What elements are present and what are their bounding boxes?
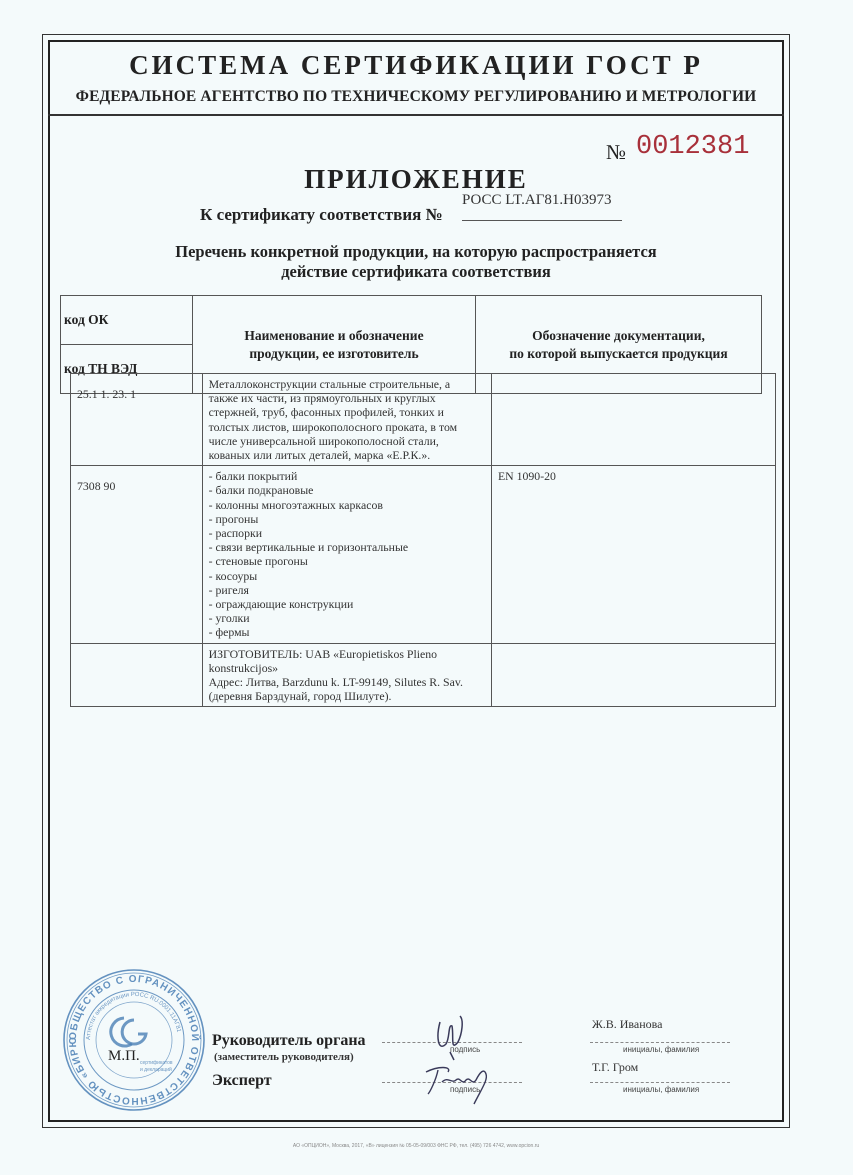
product-line: стержней, труб, фасонных профилей, тонки… bbox=[209, 405, 485, 419]
product-line: - уголки bbox=[209, 611, 485, 625]
manufacturer-line: (деревня Барздунай, город Шилуте). bbox=[209, 689, 485, 703]
list-title-line1: Перечень конкретной продукции, на котору… bbox=[48, 242, 784, 262]
product-line: - колонны многоэтажных каркасов bbox=[209, 498, 485, 512]
expert-name-caption: инициалы, фамилия bbox=[623, 1085, 699, 1094]
svg-text:и деклараций: и деклараций bbox=[140, 1066, 172, 1073]
form-number: 0012381 bbox=[636, 132, 749, 162]
row-code: 7308 90 bbox=[71, 466, 203, 643]
product-line: - фермы bbox=[209, 625, 485, 639]
certificate-number: РОСС LT.АГ81.Н03973 bbox=[462, 192, 611, 209]
code-ok-value: 25.1 1. 23. 1 bbox=[77, 377, 196, 401]
code-tnved-value: 7308 90 bbox=[77, 469, 196, 493]
svg-text:сертификатов: сертификатов bbox=[140, 1060, 173, 1066]
head-name-caption: инициалы, фамилия bbox=[623, 1045, 699, 1054]
product-line: - распорки bbox=[209, 526, 485, 540]
header-documentation-line2: по которой выпускается продукция bbox=[476, 345, 761, 363]
header-code-ok: код ОК bbox=[61, 296, 193, 345]
annex-title: ПРИЛОЖЕНИЕ bbox=[48, 164, 784, 195]
row-documentation: EN 1090-20 bbox=[491, 466, 775, 643]
product-line: - балки покрытий bbox=[209, 469, 485, 483]
row-product: Металлоконструкции стальные строительные… bbox=[202, 374, 491, 466]
agency-name: ФЕДЕРАЛЬНОЕ АГЕНТСТВО ПО ТЕХНИЧЕСКОМУ РЕ… bbox=[48, 88, 784, 106]
product-line: - стеновые прогоны bbox=[209, 554, 485, 568]
manufacturer-line: Адрес: Литва, Barzdunu k. LT-99149, Silu… bbox=[209, 675, 485, 689]
head-name: Ж.В. Иванова bbox=[592, 1017, 663, 1032]
product-line: толстых листов, широкополосного проката,… bbox=[209, 420, 485, 434]
row-manufacturer: ИЗГОТОВИТЕЛЬ: UAB «Europietiskos Plieno … bbox=[202, 643, 491, 707]
header-documentation-line1: Обозначение документации, bbox=[476, 327, 761, 345]
row-documentation bbox=[491, 643, 775, 707]
expert-name-line bbox=[590, 1082, 730, 1083]
product-line: - ограждающие конструкции bbox=[209, 597, 485, 611]
row-code bbox=[71, 643, 203, 707]
expert-signature-icon bbox=[408, 1058, 508, 1106]
product-line: числе универсальной широкополосной стали… bbox=[209, 434, 485, 448]
stamp-place-label: М.П. bbox=[108, 1048, 140, 1065]
product-line: - связи вертикальные и горизонтальные bbox=[209, 540, 485, 554]
list-title-line2: действие сертификата соответствия bbox=[48, 262, 784, 282]
manufacturer-line: ИЗГОТОВИТЕЛЬ: UAB «Europietiskos Plieno bbox=[209, 647, 485, 661]
table-row: ИЗГОТОВИТЕЛЬ: UAB «Europietiskos Plieno … bbox=[71, 643, 776, 707]
product-line: - ригеля bbox=[209, 583, 485, 597]
organization-stamp-icon: ОБЩЕСТВО С ОГРАНИЧЕННОЙ ОТВЕТСТВЕННОСТЬЮ… bbox=[62, 968, 206, 1112]
table-row: 7308 90 - балки покрытий - балки подкран… bbox=[71, 466, 776, 643]
svg-text:Аттестат аккредитации РОСС RU.: Аттестат аккредитации РОСС RU.0001.11АГ8… bbox=[86, 992, 181, 1040]
product-line: - прогоны bbox=[209, 512, 485, 526]
system-title: СИСТЕМА СЕРТИФИКАЦИИ ГОСТ Р bbox=[48, 50, 784, 81]
row-product: - балки покрытий - балки подкрановые - к… bbox=[202, 466, 491, 643]
head-role-label: Руководитель органа bbox=[212, 1032, 366, 1050]
product-line: - косоуры bbox=[209, 569, 485, 583]
table-row: 25.1 1. 23. 1 Металлоконструкции стальны… bbox=[71, 374, 776, 466]
list-title: Перечень конкретной продукции, на котору… bbox=[48, 242, 784, 282]
expert-role-label: Эксперт bbox=[212, 1072, 272, 1090]
printer-imprint: АО «ОПЦИОН», Москва, 2017, «В» лицензия … bbox=[48, 1143, 784, 1149]
head-role-sublabel: (заместитель руководителя) bbox=[214, 1051, 354, 1063]
product-line: Металлоконструкции стальные строительные… bbox=[209, 377, 485, 391]
product-line: - балки подкрановые bbox=[209, 483, 485, 497]
head-signature-icon bbox=[420, 1012, 500, 1062]
head-name-line bbox=[590, 1042, 730, 1043]
header-separator bbox=[48, 114, 784, 116]
row-documentation bbox=[491, 374, 775, 466]
certificate-label: К сертификату соответствия № bbox=[200, 205, 443, 225]
row-code: 25.1 1. 23. 1 bbox=[71, 374, 203, 466]
product-table-body: 25.1 1. 23. 1 Металлоконструкции стальны… bbox=[70, 373, 776, 707]
certificate-number-underline bbox=[462, 220, 622, 221]
manufacturer-line: konstrukcijos» bbox=[209, 661, 485, 675]
header-product-name-line2: продукции, ее изготовитель bbox=[193, 345, 475, 363]
product-line: кованых или литых деталей, марка «Е.Р.К.… bbox=[209, 448, 485, 462]
expert-name: Т.Г. Гром bbox=[592, 1060, 638, 1075]
product-line: также их части, из прямоугольных и кругл… bbox=[209, 391, 485, 405]
header-product-name-line1: Наименование и обозначение bbox=[193, 327, 475, 345]
form-number-label: № bbox=[606, 140, 626, 165]
